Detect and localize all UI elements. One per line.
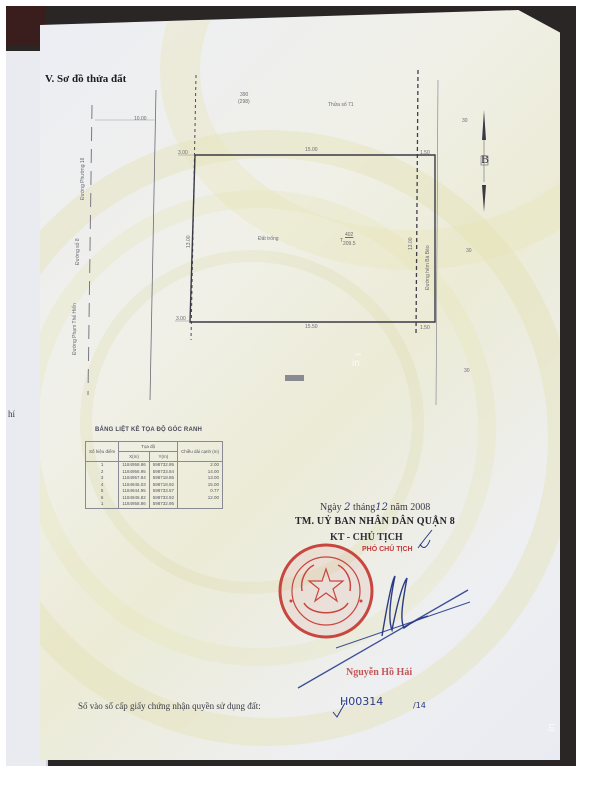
corner-offset-bottom: 1.50 — [420, 325, 430, 331]
cell-y: 598733.57 — [149, 488, 177, 495]
cell-x: 1184944.95 — [119, 488, 149, 495]
side-marker: 30 — [466, 248, 472, 254]
neighbor-fraction-bottom: (298) — [238, 99, 250, 105]
dimension-left: 13.00 — [186, 235, 192, 248]
watermark-logo-corner: in — [546, 724, 557, 732]
coordinate-table-title: BẢNG LIỆT KÊ TỌA ĐỘ GÓC RANH — [95, 427, 202, 433]
parcel-number: 402 — [345, 232, 353, 238]
vice-chair-title: PHÓ CHỦ TỊCH — [362, 546, 413, 553]
header-x: X(m) — [119, 452, 149, 462]
issuing-organization: TM. UỶ BAN NHÂN DÂN QUẬN 8 — [295, 516, 455, 527]
road-left-label-1: Đường Phạm Thế Hiển — [72, 303, 78, 355]
signer-name: Nguyễn Hồ Hải — [346, 667, 412, 678]
coordinate-table: Số hiệu điểm Tọa độ Chiều dài cạnh (m) X… — [85, 441, 223, 509]
cell-x: 1184957.84 — [119, 475, 149, 482]
cell-length: 2.00 — [178, 462, 223, 469]
date-month: 12 — [375, 502, 388, 513]
cell-y: 598732.95 — [149, 462, 177, 469]
far-left-marker: 10.00 — [134, 116, 147, 122]
parcel-diagram — [0, 0, 592, 792]
cell-point: 1 — [86, 501, 119, 508]
header-length: Chiều dài cạnh (m) — [178, 442, 223, 462]
cell-y: 598732.95 — [149, 501, 177, 508]
road-right-label: Đường hẻm Bà Bèo — [425, 245, 431, 290]
road-left-label-2: Đường số 8 — [75, 238, 81, 265]
cell-x: 1184958.86 — [119, 501, 149, 508]
watermark-logo: .vnin — [352, 352, 361, 369]
registry-label: Số vào sổ cấp giấy chứng nhận quyền sử d… — [78, 701, 261, 711]
cell-x: 1184958.86 — [119, 462, 149, 469]
date-year: năm 2008 — [391, 502, 431, 513]
side-marker: 30 — [462, 118, 468, 124]
cell-y: 598718.86 — [149, 475, 177, 482]
north-arrow-label: B — [481, 152, 489, 167]
dimension-top: 15.00 — [305, 147, 318, 153]
bottom-label: Hẻm 8/2 — [285, 375, 304, 381]
header-coords: Tọa độ — [119, 442, 178, 452]
left-marker-bottom: 3.00 — [176, 316, 186, 322]
registry-suffix: /14 — [413, 701, 426, 710]
road-left-label-3: Đường Phường 16 — [80, 158, 86, 200]
parcel-area: 209.5 — [343, 241, 356, 247]
signature-date: Ngày 2 tháng12 năm 2008 — [320, 502, 430, 513]
header-point: Số hiệu điểm — [86, 442, 119, 462]
left-marker-top: 3.00 — [178, 150, 188, 156]
side-marker: 30 — [464, 368, 470, 374]
registry-number: H00314 — [340, 695, 383, 708]
dimension-bottom: 15.50 — [305, 324, 318, 330]
corner-offset-top: 1.50 — [420, 150, 430, 156]
land-type-label: Đất trống — [258, 236, 279, 242]
date-month-prefix: tháng — [353, 502, 375, 513]
neighbor-fraction-top: 390 — [240, 92, 248, 98]
cell-length — [178, 501, 223, 508]
date-day: 2 — [344, 502, 350, 513]
table-row: 11184958.86598732.95 — [86, 501, 223, 508]
header-y: Y(m) — [149, 452, 177, 462]
dimension-right: 13.00 — [408, 237, 414, 250]
neighbor-parcel-label: Thửa số 71 — [328, 102, 354, 108]
table-row: 11184958.86598732.952.00 — [86, 462, 223, 469]
official-seal-icon — [276, 541, 376, 641]
date-prefix: Ngày — [320, 502, 342, 513]
cell-point: 1 — [86, 462, 119, 469]
